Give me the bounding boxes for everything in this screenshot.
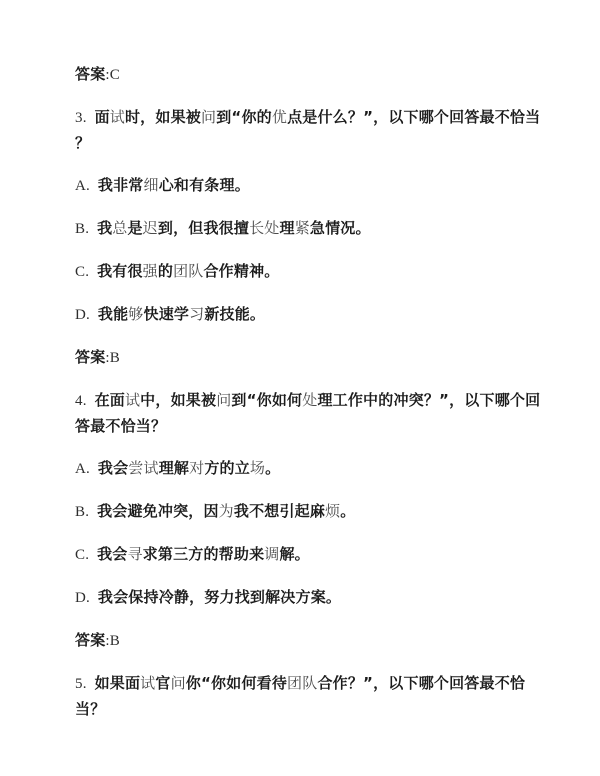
- question-3: 3. 面试时，如果被问到“你的优点是什么？”，以下哪个回答最不恰当 ？: [75, 105, 565, 156]
- answer-line-q2: 答案:C: [75, 62, 565, 88]
- question-5: 5. 如果面试官问你“你如何看待团队合作？”，以下哪个回答最不恰 当？: [75, 671, 565, 722]
- question-3-option-c: C. 我有很强的团队合作精神。: [75, 259, 565, 285]
- question-3-option-b: B. 我总是迟到，但我很擅长处理紧急情况。: [75, 216, 565, 242]
- answer-line-q3: 答案:B: [75, 345, 565, 371]
- question-3-option-a: A. 我非常细心和有条理。: [75, 173, 565, 199]
- question-4-option-a: A. 我会尝试理解对方的立场。: [75, 456, 565, 482]
- document-page: 答案:C 3. 面试时，如果被问到“你的优点是什么？”，以下哪个回答最不恰当 ？…: [0, 0, 600, 776]
- question-4-option-d: D. 我会保持冷静，努力找到解决方案。: [75, 585, 565, 611]
- answer-line-q4: 答案:B: [75, 628, 565, 654]
- question-3-option-d: D. 我能够快速学习新技能。: [75, 302, 565, 328]
- question-4-option-b: B. 我会避免冲突，因为我不想引起麻烦。: [75, 499, 565, 525]
- question-4: 4. 在面试中，如果被问到“你如何处理工作中的冲突？”，以下哪个回 答最不恰当？: [75, 388, 565, 439]
- question-4-option-c: C. 我会寻求第三方的帮助来调解。: [75, 542, 565, 568]
